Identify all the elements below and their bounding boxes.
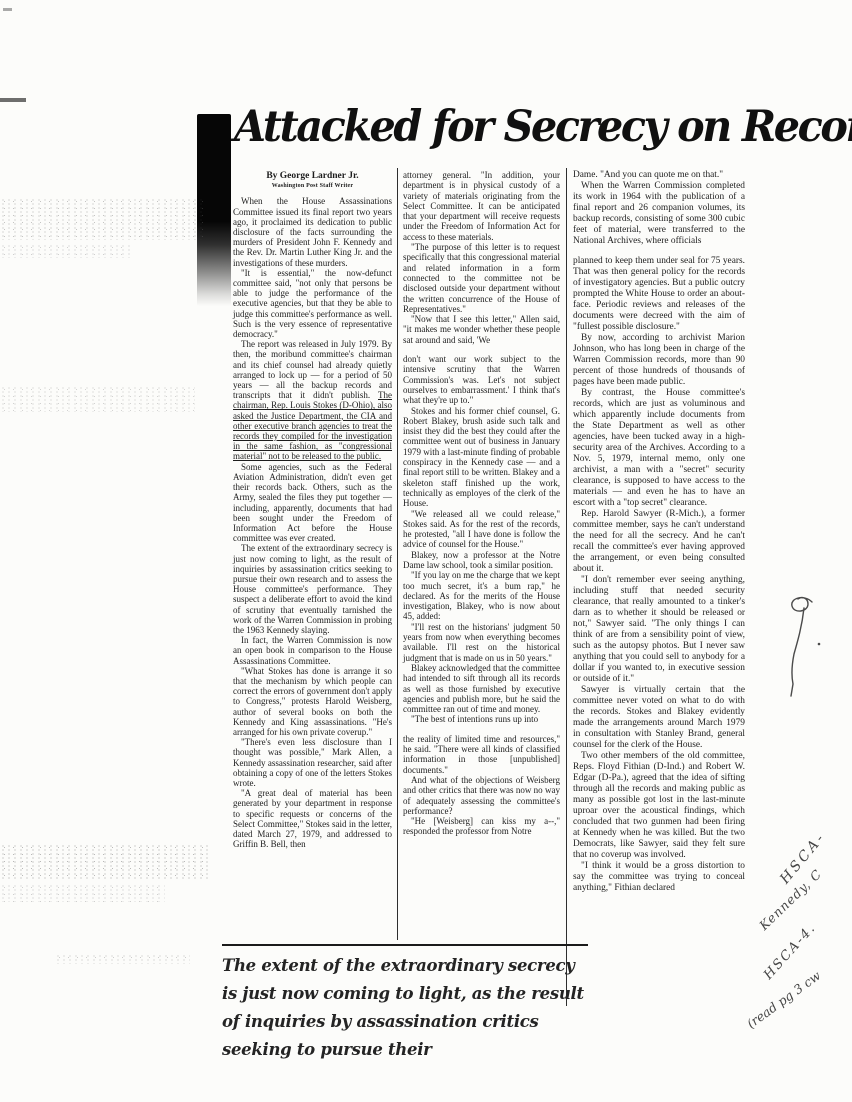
handwritten-note: (read pg 3 cw bbox=[744, 968, 823, 1031]
paragraph: Blakey acknowledged that the committee h… bbox=[403, 663, 560, 714]
paragraph: don't want our work subject to the inten… bbox=[403, 354, 560, 405]
article-column-2: attorney general. "In addition, your dep… bbox=[403, 170, 560, 837]
paragraph: "The purpose of this letter is to reques… bbox=[403, 242, 560, 314]
paragraph: "It is essential," the now-defunct commi… bbox=[233, 268, 392, 339]
scan-noise bbox=[0, 386, 195, 412]
paragraph: "I'll rest on the historians' judgment 5… bbox=[403, 622, 560, 663]
article-column-3: Dame. "And you can quote me on that." Wh… bbox=[573, 170, 745, 894]
paragraph: The report was released in July 1979. By… bbox=[233, 339, 392, 461]
paragraph: "He [Weisberg] can kiss my a--," respond… bbox=[403, 816, 560, 837]
paragraph: Blakey, now a professor at the Notre Dam… bbox=[403, 550, 560, 571]
paragraph: Some agencies, such as the Federal Aviat… bbox=[233, 462, 392, 544]
scan-noise bbox=[0, 884, 165, 902]
article-headline: Attacked for Secrecy on Records bbox=[234, 102, 852, 152]
pull-quote: The extent of the extraordinary secrecy … bbox=[222, 944, 588, 1064]
paragraph: When the Warren Commission completed its… bbox=[573, 181, 745, 247]
paragraph: When the House Assassinations Committee … bbox=[233, 196, 392, 267]
paragraph: Dame. "And you can quote me on that." bbox=[573, 170, 745, 181]
column-rule bbox=[397, 168, 398, 940]
paragraph: By now, according to archivist Marion Jo… bbox=[573, 333, 745, 388]
paragraph: "I don't remember ever seeing anything, … bbox=[573, 575, 745, 685]
underlined-passage: The chairman, Rep. Louis Stokes (D-Ohio)… bbox=[233, 390, 392, 461]
paragraph: Two other members of the old committee, … bbox=[573, 751, 745, 861]
paragraph: "The best of intentions runs up into bbox=[403, 714, 560, 724]
paragraph: planned to keep them under seal for 75 y… bbox=[573, 256, 745, 333]
article-column-1: By George Lardner Jr. Washington Post St… bbox=[233, 170, 392, 849]
pencil-scribble bbox=[778, 592, 824, 704]
paragraph-text: The report was released in July 1979. By… bbox=[233, 339, 392, 400]
byline-organization: Washington Post Staff Writer bbox=[233, 181, 392, 191]
paragraph: Rep. Harold Sawyer (R-Mich.), a former c… bbox=[573, 509, 745, 575]
paragraph: the reality of limited time and resource… bbox=[403, 734, 560, 775]
scan-speck bbox=[0, 98, 26, 102]
paragraph: "There's even less disclosure than I tho… bbox=[233, 737, 392, 788]
paragraph: The extent of the extraordinary secrecy … bbox=[233, 543, 392, 635]
scan-noise bbox=[55, 954, 190, 964]
paragraph: "If you lay on me the charge that we kep… bbox=[403, 570, 560, 621]
paragraph: "Now that I see this letter," Allen said… bbox=[403, 314, 560, 345]
paragraph: "A great deal of material has been gener… bbox=[233, 788, 392, 849]
newspaper-clipping-page: Attacked for Secrecy on Records By Georg… bbox=[0, 0, 852, 1102]
paragraph: Stokes and his former chief counsel, G. … bbox=[403, 406, 560, 509]
paragraph: "What Stokes has done is arrange it so t… bbox=[233, 666, 392, 737]
paragraph: Sawyer is virtually certain that the com… bbox=[573, 685, 745, 751]
scan-noise bbox=[0, 844, 208, 880]
scan-noise bbox=[0, 198, 205, 240]
paragraph: attorney general. "In addition, your dep… bbox=[403, 170, 560, 242]
byline: By George Lardner Jr. bbox=[233, 171, 392, 181]
paragraph: In fact, the Warren Commission is now an… bbox=[233, 635, 392, 666]
paragraph: "I think it would be a gross distortion … bbox=[573, 861, 745, 894]
paragraph: By contrast, the House committee's recor… bbox=[573, 388, 745, 509]
scan-speck bbox=[3, 8, 12, 11]
paragraph: "We released all we could release," Stok… bbox=[403, 509, 560, 550]
column-rule bbox=[566, 168, 567, 1006]
scan-noise bbox=[0, 244, 130, 258]
paragraph: And what of the objections of Weisberg a… bbox=[403, 775, 560, 816]
